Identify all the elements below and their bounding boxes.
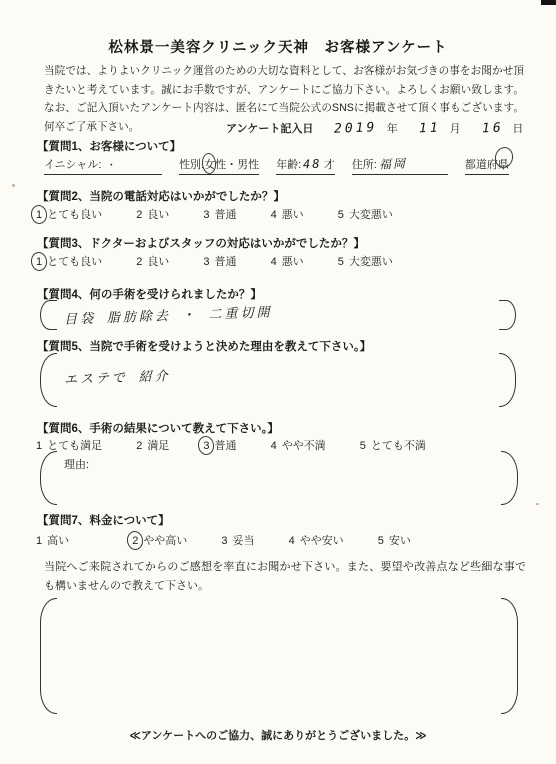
address-handwritten-value: 福岡 — [379, 155, 408, 173]
q2-option-5: 5大変悪い — [338, 209, 393, 221]
comment-inner — [64, 606, 494, 624]
q7-options-row: 1高い 2やや高い 3妥当 4やや安い 5安い — [36, 532, 442, 548]
q3-options-row: 1とても良い 2良い 3普通 4悪い 5大変悪い — [36, 253, 424, 269]
q2-option-3-number: 3 — [203, 209, 209, 221]
q4-handwritten-answer: 目袋 脂肪除去 ・ 二重切開 — [64, 301, 273, 327]
q3-option-4: 4悪い — [271, 256, 304, 268]
q7-heading: 【質問7、料金について】 — [37, 512, 170, 528]
q7-option-5-label: 安い — [389, 535, 411, 547]
date-label: アンケート記入日 — [226, 123, 313, 135]
scan-speck — [12, 184, 15, 187]
q2-option-4: 4悪い — [271, 209, 304, 221]
q7-option-1-label: 高い — [47, 535, 69, 547]
q2-option-1: 1とても良い — [36, 209, 102, 221]
q3-option-1-label: とても良い — [47, 256, 102, 268]
gender-separator: ・ — [226, 159, 237, 171]
q5-handwritten-answer: エステで 紹介 — [64, 365, 171, 388]
date-year-handwritten: 2019 — [334, 120, 378, 137]
date-month-handwritten: 11 — [419, 121, 441, 137]
q2-option-5-label: 大変悪い — [349, 209, 393, 221]
q7-option-2-label: やや高い — [143, 535, 187, 547]
q6-heading: 【質問6、手術の結果について教えて下さい。】 — [37, 420, 279, 436]
footer-thanks: ≪アンケートへのご協力、誠にありがとうございました。≫ — [0, 727, 556, 743]
q2-option-3: 3普通 — [203, 209, 236, 221]
scan-corner-artifact — [541, 0, 556, 5]
q3-option-1-number: 1 — [36, 256, 42, 268]
q6-reason-label: 理由: — [64, 459, 89, 471]
q3-option-3-number: 3 — [203, 256, 209, 268]
date-year-unit: 年 — [387, 123, 398, 135]
scan-speck — [536, 503, 539, 505]
gender-option-male: 男性 — [237, 159, 259, 171]
age-label: 年齢: — [276, 159, 301, 171]
q6-reason-inner: 理由: — [64, 455, 494, 473]
survey-date-row: アンケート記入日 2019 年 11 月 16 日 — [226, 120, 523, 136]
q7-option-4: 4やや安い — [289, 535, 344, 547]
q7-option-3: 3妥当 — [221, 535, 254, 547]
survey-scan-page: 松林景一美容クリニック天神 お客様アンケート 当院では、よりよいクリニック運営の… — [0, 0, 556, 764]
q2-option-2: 2良い — [136, 209, 169, 221]
q7-option-5-number: 5 — [378, 535, 384, 547]
gender-field: 性別:女性・男性 — [179, 156, 259, 175]
q7-option-2-number: 2 — [132, 535, 138, 547]
q4-answer-inner: 目袋 脂肪除去 ・ 二重切開 — [64, 305, 492, 325]
q2-options-row: 1とても良い 2良い 3普通 4悪い 5大変悪い — [36, 206, 424, 222]
q3-heading: 【質問3、ドクターおよびスタッフの対応はいかがでしたか？】 — [37, 235, 365, 251]
q2-heading: 【質問2、当院の電話対応はいかがでしたか？】 — [37, 188, 285, 204]
q3-option-4-number: 4 — [271, 256, 277, 268]
prefecture-field: 都道府県 — [465, 156, 509, 175]
q3-option-2-number: 2 — [136, 256, 142, 268]
page-title: 松林景一美容クリニック天神 お客様アンケート — [0, 36, 556, 57]
q3-option-2: 2良い — [136, 256, 169, 268]
q2-option-4-number: 4 — [271, 209, 277, 221]
q1-heading: 【質問1、お客様について】 — [37, 138, 181, 154]
q2-option-1-label: とても良い — [47, 209, 102, 221]
q3-option-1: 1とても良い — [36, 256, 102, 268]
q2-option-2-label: 良い — [147, 209, 169, 221]
q3-option-3: 3普通 — [203, 256, 236, 268]
q7-option-4-number: 4 — [289, 535, 295, 547]
q3-option-5-label: 大変悪い — [349, 256, 393, 268]
q3-option-5: 5大変悪い — [338, 256, 393, 268]
address-label: 住所: — [352, 159, 377, 171]
date-day-unit: 日 — [512, 123, 523, 135]
q2-option-3-label: 普通 — [215, 209, 237, 221]
q7-option-2: 2やや高い — [132, 535, 187, 547]
q7-option-3-label: 妥当 — [233, 535, 255, 547]
q5-answer-inner: エステで 紹介 — [64, 367, 492, 387]
prefecture-label-circled: 都道府県 — [465, 156, 509, 172]
initial-handwritten-mark: ・ — [106, 158, 117, 171]
q2-option-5-number: 5 — [338, 209, 344, 221]
gender-label: 性別: — [179, 159, 204, 171]
date-month-unit: 月 — [450, 123, 461, 135]
q7-option-5: 5安い — [378, 535, 411, 547]
q7-option-3-number: 3 — [221, 535, 227, 547]
q3-option-3-label: 普通 — [215, 256, 237, 268]
age-unit: 才 — [324, 159, 335, 171]
date-day-handwritten: 16 — [481, 121, 503, 137]
initial-label: イニシャル: — [44, 159, 101, 171]
q7-option-4-label: やや安い — [300, 535, 344, 547]
q2-option-4-label: 悪い — [282, 209, 304, 221]
q2-option-2-number: 2 — [136, 209, 142, 221]
comment-box — [40, 598, 518, 714]
q4-answer-box: 目袋 脂肪除去 ・ 二重切開 — [40, 300, 516, 330]
age-handwritten-value: 48 — [303, 157, 322, 172]
q5-answer-box: エステで 紹介 — [40, 353, 516, 407]
comment-prompt: 当院へご来院されてからのご感想を率直にお聞かせ下さい。また、要望や改善点など些細… — [44, 558, 526, 596]
address-field: 住所:福岡 — [352, 155, 448, 175]
q7-option-1: 1高い — [36, 535, 69, 547]
q2-option-1-number: 1 — [36, 209, 42, 221]
q3-option-4-label: 悪い — [282, 256, 304, 268]
gender-option-female-circled: 女性 — [204, 156, 226, 172]
age-field: 年齢:48才 — [276, 156, 335, 175]
q1-fields-row: イニシャル: ・ 性別:女性・男性 年齢:48才 住所:福岡 都道府県 — [44, 155, 509, 175]
initial-field: イニシャル: ・ — [44, 156, 162, 175]
q3-option-2-label: 良い — [147, 256, 169, 268]
q3-option-5-number: 5 — [338, 256, 344, 268]
q5-heading: 【質問5、当院で手術を受けようと決めた理由を教えて下さい。】 — [37, 338, 371, 354]
q6-reason-box: 理由: — [40, 451, 518, 505]
q7-option-1-number: 1 — [36, 535, 42, 547]
